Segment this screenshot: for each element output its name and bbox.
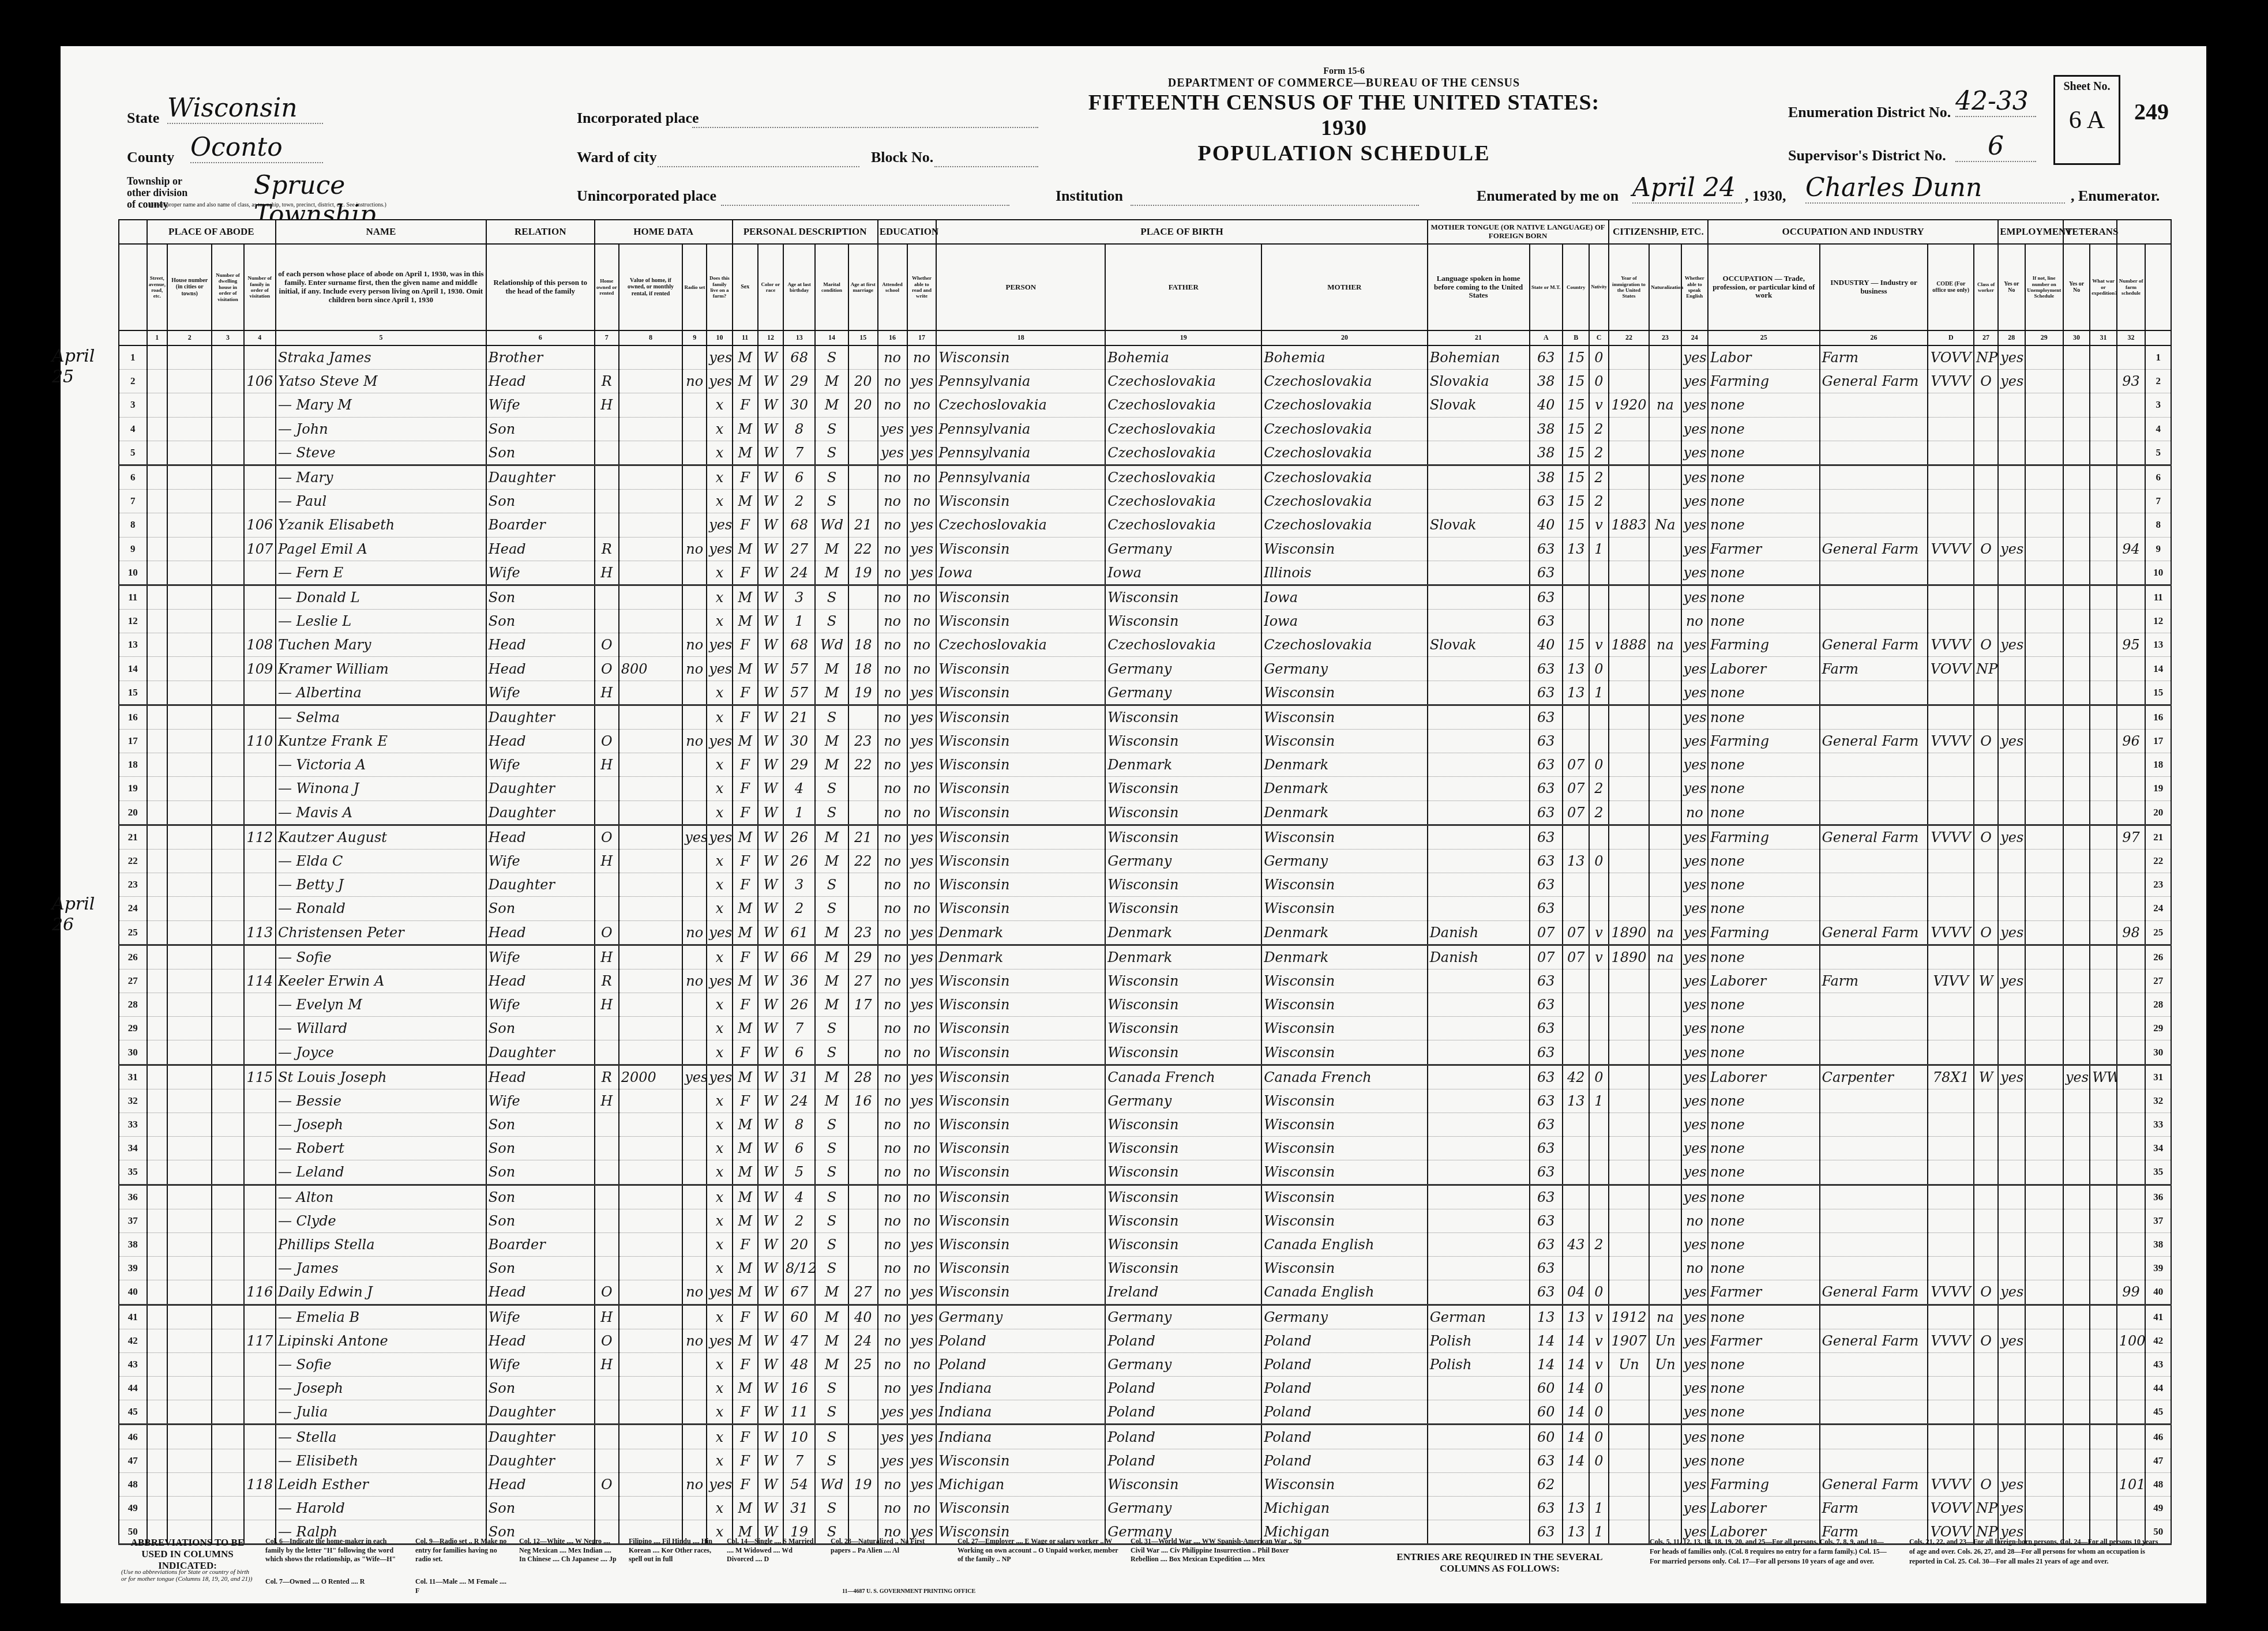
radio-cell	[682, 1377, 707, 1400]
birthplace-person-cell: Wisconsin	[936, 1065, 1105, 1089]
school-cell: no	[878, 370, 907, 393]
code-country-cell: 07	[1563, 801, 1589, 825]
home-tenure-cell: O	[595, 920, 619, 945]
sub-marital: Marital condition	[815, 244, 848, 330]
farm-cell: x	[707, 1352, 732, 1376]
sex-cell: F	[733, 873, 758, 897]
farm-schedule-cell	[2117, 1017, 2146, 1040]
age-cell: 60	[783, 1305, 815, 1329]
sub-line	[119, 244, 147, 330]
column-number: A	[1530, 330, 1563, 345]
table-row: 9107Pagel Emil AHeadRnoyesMW27M22noyesWi…	[119, 537, 2171, 561]
farm-cell: x	[707, 681, 732, 705]
marital-cell: S	[815, 441, 848, 465]
dwelling-cell	[212, 801, 243, 825]
column-number: 6	[486, 330, 595, 345]
mother-tongue-cell	[1428, 825, 1530, 849]
birthplace-mother-cell: Germany	[1261, 1305, 1427, 1329]
occupation-cell: none	[1708, 873, 1819, 897]
line-number-right: 21	[2145, 825, 2171, 849]
line-number-right: 15	[2145, 681, 2171, 705]
code-country-cell: 13	[1563, 537, 1589, 561]
table-row: 15— AlbertinaWifeHxFW57M19noyesWisconsin…	[119, 681, 2171, 705]
at-work-cell: yes	[1998, 1329, 2025, 1352]
at-work-cell	[1998, 681, 2025, 705]
name-cell: — Paul	[276, 490, 486, 513]
family-number-cell	[244, 490, 276, 513]
at-work-cell	[1998, 1305, 2025, 1329]
age-cell: 21	[783, 705, 815, 729]
family-number-cell: 109	[244, 657, 276, 681]
unemployment-line-cell	[2025, 897, 2063, 920]
dwelling-cell	[212, 681, 243, 705]
line-number: 13	[119, 633, 147, 657]
unemployment-line-cell	[2025, 610, 2063, 633]
home-value-cell	[619, 393, 683, 417]
radio-cell	[682, 1352, 707, 1376]
class-of-worker-cell	[1974, 681, 1998, 705]
occupation-code-cell	[1928, 849, 1974, 873]
at-work-cell	[1998, 657, 2025, 681]
birthplace-father-cell: Czechoslovakia	[1105, 465, 1261, 489]
marital-cell: M	[815, 920, 848, 945]
relation-cell: Boarder	[486, 1232, 595, 1256]
farm-schedule-cell	[2117, 1185, 2146, 1209]
veteran-cell	[2063, 585, 2090, 609]
code-state-cell: 07	[1530, 945, 1563, 969]
family-number-cell	[244, 1352, 276, 1376]
at-work-cell	[1998, 417, 2025, 441]
occupation-cell: none	[1708, 897, 1819, 920]
name-cell: — Julia	[276, 1400, 486, 1425]
code-state-cell: 63	[1530, 681, 1563, 705]
marital-cell: S	[815, 777, 848, 801]
line-number: 15	[119, 681, 147, 705]
house-number-cell	[167, 873, 212, 897]
immigration-year-cell	[1609, 1040, 1650, 1065]
house-number-cell	[167, 441, 212, 465]
line-number-right: 4	[2145, 417, 2171, 441]
code-state-cell: 63	[1530, 1040, 1563, 1065]
line-number-right: 16	[2145, 705, 2171, 729]
family-number-cell: 113	[244, 920, 276, 945]
line-number: 45	[119, 1400, 147, 1425]
farm-schedule-cell	[2117, 1137, 2146, 1160]
class-of-worker-cell: W	[1974, 1065, 1998, 1089]
line-number: 43	[119, 1352, 147, 1376]
sub-race: Color or race	[758, 244, 783, 330]
farm-cell: x	[707, 417, 732, 441]
birthplace-mother-cell: Wisconsin	[1261, 1089, 1427, 1113]
line-number: 9	[119, 537, 147, 561]
naturalization-cell: Un	[1649, 1352, 1681, 1376]
radio-cell	[682, 441, 707, 465]
war-cell	[2090, 1089, 2116, 1113]
ward-value	[658, 149, 859, 167]
dwelling-cell	[212, 1160, 243, 1185]
code-nativity-cell: 0	[1589, 1449, 1608, 1472]
line-number: 8	[119, 513, 147, 537]
mother-tongue-cell	[1428, 537, 1530, 561]
column-number: 13	[783, 330, 815, 345]
sub-dwelling: Number of dwelling house in order of vis…	[212, 244, 243, 330]
occupation-cell: none	[1708, 681, 1819, 705]
dwelling-cell	[212, 657, 243, 681]
home-tenure-cell: R	[595, 1065, 619, 1089]
dwelling-cell	[212, 969, 243, 993]
industry-cell	[1820, 897, 1928, 920]
name-cell: Straka James	[276, 345, 486, 370]
birthplace-mother-cell: Michigan	[1261, 1497, 1427, 1520]
code-country-cell: 13	[1563, 1497, 1589, 1520]
naturalization-cell	[1649, 537, 1681, 561]
dwelling-cell	[212, 1449, 243, 1472]
unemployment-line-cell	[2025, 441, 2063, 465]
race-cell: W	[758, 1449, 783, 1472]
school-cell: no	[878, 561, 907, 585]
birthplace-father-cell: Czechoslovakia	[1105, 513, 1261, 537]
birthplace-father-cell: Wisconsin	[1105, 705, 1261, 729]
race-cell: W	[758, 1497, 783, 1520]
home-tenure-cell	[595, 1257, 619, 1280]
marital-cell: S	[815, 1113, 848, 1137]
code-country-cell: 13	[1563, 681, 1589, 705]
farm-cell: x	[707, 1185, 732, 1209]
house-number-cell	[167, 490, 212, 513]
code-country-cell	[1563, 1209, 1589, 1232]
marital-cell: S	[815, 1232, 848, 1256]
dwelling-cell	[212, 1352, 243, 1376]
dwelling-cell	[212, 1017, 243, 1040]
immigration-year-cell	[1609, 1280, 1650, 1305]
war-cell	[2090, 969, 2116, 993]
race-cell: W	[758, 1113, 783, 1137]
naturalization-cell	[1649, 897, 1681, 920]
enumerated-date: April 24	[1632, 173, 1742, 204]
naturalization-cell	[1649, 1425, 1681, 1449]
table-row: 41— Emelia BWifeHxFW60M40noyesGermanyGer…	[119, 1305, 2171, 1329]
house-number-cell	[167, 801, 212, 825]
mother-tongue-cell	[1428, 1065, 1530, 1089]
speaks-english-cell: yes	[1681, 1449, 1708, 1472]
sex-cell: M	[733, 969, 758, 993]
age-first-marriage-cell: 20	[848, 393, 878, 417]
home-value-cell	[619, 465, 683, 489]
home-tenure-cell: R	[595, 537, 619, 561]
relation-cell: Daughter	[486, 1449, 595, 1472]
sex-cell: M	[733, 1017, 758, 1040]
age-first-marriage-cell	[848, 1113, 878, 1137]
code-state-cell: 63	[1530, 897, 1563, 920]
speaks-english-cell: yes	[1681, 1017, 1708, 1040]
code-country-cell: 14	[1563, 1377, 1589, 1400]
war-cell	[2090, 945, 2116, 969]
code-country-cell	[1563, 730, 1589, 753]
sub-owned: Home owned or rented	[595, 244, 619, 330]
radio-cell	[682, 681, 707, 705]
table-row: 29— WillardSonxMW7SnonoWisconsinWisconsi…	[119, 1017, 2171, 1040]
family-number-cell: 116	[244, 1280, 276, 1305]
unemployment-line-cell	[2025, 490, 2063, 513]
industry-cell	[1820, 441, 1928, 465]
occupation-code-cell	[1928, 1257, 1974, 1280]
occupation-cell: none	[1708, 441, 1819, 465]
occupation-cell: none	[1708, 1449, 1819, 1472]
class-of-worker-cell	[1974, 1089, 1998, 1113]
birthplace-father-cell: Wisconsin	[1105, 730, 1261, 753]
line-number: 38	[119, 1232, 147, 1256]
marital-cell: M	[815, 945, 848, 969]
sub-age: Age at last birthday	[783, 244, 815, 330]
code-state-cell: 63	[1530, 657, 1563, 681]
line-number-right: 20	[2145, 801, 2171, 825]
street-cell	[147, 345, 167, 370]
name-cell: — Selma	[276, 705, 486, 729]
speaks-english-cell: yes	[1681, 873, 1708, 897]
sub-line-right	[2145, 244, 2171, 330]
unemployment-line-cell	[2025, 825, 2063, 849]
relation-cell: Wife	[486, 753, 595, 777]
veteran-cell	[2063, 1497, 2090, 1520]
occupation-cell: Farmer	[1708, 1280, 1819, 1305]
street-cell	[147, 920, 167, 945]
line-number-right: 49	[2145, 1497, 2171, 1520]
naturalization-cell	[1649, 1497, 1681, 1520]
sub-farm: Does this family live on a farm?	[707, 244, 732, 330]
birthplace-mother-cell: Wisconsin	[1261, 1257, 1427, 1280]
line-number-right: 47	[2145, 1449, 2171, 1472]
name-cell: Pagel Emil A	[276, 537, 486, 561]
code-country-cell	[1563, 1017, 1589, 1040]
sub-code-a: State or M.T.	[1530, 244, 1563, 330]
birthplace-person-cell: Wisconsin	[936, 1137, 1105, 1160]
age-first-marriage-cell	[848, 1040, 878, 1065]
relation-cell: Head	[486, 1065, 595, 1089]
veteran-cell	[2063, 945, 2090, 969]
veteran-cell	[2063, 1305, 2090, 1329]
read-write-cell: no	[907, 1257, 937, 1280]
age-cell: 7	[783, 441, 815, 465]
industry-cell	[1820, 1017, 1928, 1040]
house-number-cell	[167, 1089, 212, 1113]
birthplace-person-cell: Czechoslovakia	[936, 633, 1105, 657]
sub-unemployment: If not, line number on Unemployment Sche…	[2025, 244, 2063, 330]
age-first-marriage-cell	[848, 1160, 878, 1185]
birthplace-mother-cell: Canada English	[1261, 1232, 1427, 1256]
unincorporated-label: Unincorporated place	[577, 187, 716, 205]
occupation-code-cell	[1928, 777, 1974, 801]
table-row: 21112Kautzer AugustHeadOyesyesMW26M21noy…	[119, 825, 2171, 849]
speaks-english-cell: yes	[1681, 1329, 1708, 1352]
occupation-code-cell	[1928, 873, 1974, 897]
industry-cell: General Farm	[1820, 633, 1928, 657]
column-number: B	[1563, 330, 1589, 345]
race-cell: W	[758, 370, 783, 393]
immigration-year-cell	[1609, 730, 1650, 753]
birthplace-person-cell: Czechoslovakia	[936, 513, 1105, 537]
race-cell: W	[758, 849, 783, 873]
home-tenure-cell: H	[595, 753, 619, 777]
home-value-cell	[619, 969, 683, 993]
code-state-cell: 63	[1530, 1232, 1563, 1256]
table-row: 20— Mavis ADaughterxFW1SnonoWisconsinWis…	[119, 801, 2171, 825]
war-cell	[2090, 561, 2116, 585]
farm-schedule-cell	[2117, 705, 2146, 729]
sex-cell: F	[733, 465, 758, 489]
code-country-cell: 42	[1563, 1065, 1589, 1089]
code-country-cell: 13	[1563, 849, 1589, 873]
naturalization-cell	[1649, 777, 1681, 801]
unemployment-line-cell	[2025, 345, 2063, 370]
line-number-right: 1	[2145, 345, 2171, 370]
code-country-cell: 15	[1563, 393, 1589, 417]
home-value-cell	[619, 345, 683, 370]
naturalization-cell	[1649, 1137, 1681, 1160]
mother-tongue-cell	[1428, 561, 1530, 585]
line-number-right: 2	[2145, 370, 2171, 393]
sub-read: Whether able to read and write	[907, 244, 937, 330]
birthplace-mother-cell: Wisconsin	[1261, 993, 1427, 1017]
unemployment-line-cell	[2025, 1232, 2063, 1256]
occupation-code-cell	[1928, 610, 1974, 633]
at-work-cell	[1998, 441, 2025, 465]
industry-cell: Farm	[1820, 657, 1928, 681]
mother-tongue-cell	[1428, 873, 1530, 897]
sex-cell: F	[733, 1352, 758, 1376]
naturalization-cell	[1649, 490, 1681, 513]
marital-cell: S	[815, 1449, 848, 1472]
read-write-cell: no	[907, 657, 937, 681]
line-number: 46	[119, 1425, 147, 1449]
race-cell: W	[758, 730, 783, 753]
line-header	[119, 220, 147, 244]
marital-cell: S	[815, 1185, 848, 1209]
age-first-marriage-cell	[848, 1497, 878, 1520]
industry-cell	[1820, 945, 1928, 969]
at-work-cell: yes	[1998, 920, 2025, 945]
unemployment-line-cell	[2025, 1329, 2063, 1352]
marital-cell: M	[815, 393, 848, 417]
farm-schedule-cell	[2117, 1040, 2146, 1065]
marital-cell: S	[815, 705, 848, 729]
sex-cell: F	[733, 1232, 758, 1256]
mother-tongue-cell	[1428, 969, 1530, 993]
race-cell: W	[758, 777, 783, 801]
age-cell: 30	[783, 393, 815, 417]
naturalization-cell	[1649, 585, 1681, 609]
class-of-worker-cell	[1974, 513, 1998, 537]
occupation-cell: none	[1708, 1137, 1819, 1160]
code-state-cell: 63	[1530, 1065, 1563, 1089]
birthplace-father-cell: Poland	[1105, 1425, 1261, 1449]
relation-cell: Son	[486, 1377, 595, 1400]
war-cell	[2090, 537, 2116, 561]
at-work-cell	[1998, 1232, 2025, 1256]
relation-cell: Head	[486, 537, 595, 561]
family-number-cell: 112	[244, 825, 276, 849]
home-tenure-cell: H	[595, 681, 619, 705]
industry-cell	[1820, 705, 1928, 729]
dwelling-cell	[212, 1425, 243, 1449]
birthplace-mother-cell: Wisconsin	[1261, 705, 1427, 729]
home-tenure-cell	[595, 1232, 619, 1256]
occupation-code-cell	[1928, 393, 1974, 417]
birthplace-father-cell: Germany	[1105, 1352, 1261, 1376]
table-row: 19— Winona JDaughterxFW4SnonoWisconsinWi…	[119, 777, 2171, 801]
occupation-cell: none	[1708, 1257, 1819, 1280]
war-cell	[2090, 1305, 2116, 1329]
marital-cell: S	[815, 1425, 848, 1449]
birthplace-father-cell: Denmark	[1105, 920, 1261, 945]
birthplace-mother-cell: Czechoslovakia	[1261, 513, 1427, 537]
farm-cell: x	[707, 393, 732, 417]
naturalization-cell	[1649, 1160, 1681, 1185]
home-value-cell	[619, 1329, 683, 1352]
sex-cell: F	[733, 801, 758, 825]
marital-cell: M	[815, 681, 848, 705]
occupation-cell: none	[1708, 753, 1819, 777]
age-first-marriage-cell	[848, 441, 878, 465]
sex-cell: F	[733, 777, 758, 801]
code-country-cell: 43	[1563, 1232, 1589, 1256]
table-row: 4— JohnSonxMW8SyesyesPennsylvaniaCzechos…	[119, 417, 2171, 441]
street-cell	[147, 945, 167, 969]
relation-cell: Son	[486, 1185, 595, 1209]
mother-tongue-cell	[1428, 801, 1530, 825]
birthplace-mother-cell: Iowa	[1261, 585, 1427, 609]
radio-cell	[682, 1497, 707, 1520]
age-first-marriage-cell	[848, 1400, 878, 1425]
class-of-worker-cell	[1974, 465, 1998, 489]
class-of-worker-cell: O	[1974, 920, 1998, 945]
dwelling-cell	[212, 1377, 243, 1400]
read-write-cell: no	[907, 1209, 937, 1232]
dwelling-cell	[212, 1400, 243, 1425]
occupation-code-cell	[1928, 1160, 1974, 1185]
house-number-cell	[167, 1352, 212, 1376]
occupation-cell: none	[1708, 465, 1819, 489]
margin-date-april-26: April 26	[52, 894, 104, 935]
column-number: 16	[878, 330, 907, 345]
dwelling-cell	[212, 465, 243, 489]
code-state-cell: 40	[1530, 633, 1563, 657]
farm-cell: yes	[707, 537, 732, 561]
radio-cell	[682, 610, 707, 633]
code-nativity-cell	[1589, 825, 1608, 849]
at-work-cell	[1998, 465, 2025, 489]
read-write-cell: yes	[907, 1377, 937, 1400]
birthplace-father-cell: Czechoslovakia	[1105, 441, 1261, 465]
industry-cell	[1820, 1377, 1928, 1400]
occupation-code-cell	[1928, 1232, 1974, 1256]
war-cell	[2090, 753, 2116, 777]
birthplace-mother-cell: Bohemia	[1261, 345, 1427, 370]
age-cell: 67	[783, 1280, 815, 1305]
occupation-code-cell	[1928, 1400, 1974, 1425]
name-cell: — Elda C	[276, 849, 486, 873]
immigration-year-cell	[1609, 705, 1650, 729]
age-first-marriage-cell: 24	[848, 1329, 878, 1352]
home-value-cell	[619, 1449, 683, 1472]
farm-cell: x	[707, 1040, 732, 1065]
line-number: 48	[119, 1472, 147, 1496]
code-country-cell: 15	[1563, 513, 1589, 537]
veteran-cell	[2063, 417, 2090, 441]
birthplace-father-cell: Germany	[1105, 537, 1261, 561]
veteran-cell	[2063, 1377, 2090, 1400]
sub-person: PERSON	[936, 244, 1105, 330]
veteran-cell	[2063, 1472, 2090, 1496]
